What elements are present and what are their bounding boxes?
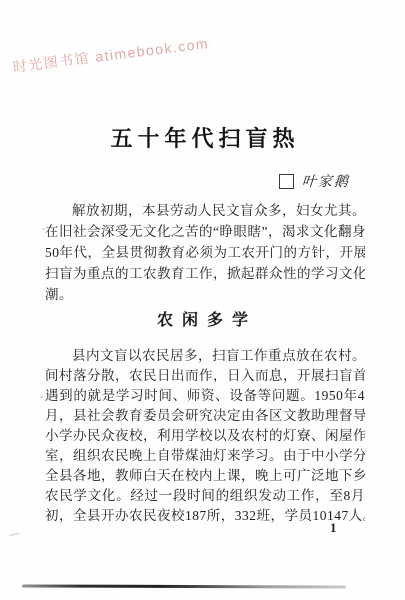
text-line: 解放初期，本县劳动人民文盲众多，妇女尤其。这些 <box>45 200 365 221</box>
text-line: 扫盲为重点的工农教育工作，掀起群众性的学习文化热 <box>45 263 365 284</box>
paragraph-2: 县内文盲以农民居多，扫盲工作重点放在农村。但乡间村落分散，农民日出而作，日入而息… <box>45 346 365 526</box>
text-line: 50年代，全县贯彻教育必须为工农开门的方针，开展以 <box>45 242 365 263</box>
article-title: 五十年代扫盲热 <box>0 122 405 153</box>
author-name: 叶家鹅 <box>301 171 350 191</box>
text-line: 农民学文化。经过一段时间的组织发动工作，至8月 <box>45 486 365 506</box>
scan-speck <box>40 396 43 398</box>
text-line: 初，全县开办农民夜校187所，332班，学员10147人。 <box>45 506 365 526</box>
byline: 叶家鹅 <box>279 171 350 191</box>
page-number: 1 <box>330 520 337 536</box>
text-line: 间村落分散，农民日出而作，日入而息，开展扫盲首先 <box>45 366 365 386</box>
section-heading: 农闲多学 <box>0 307 405 330</box>
text-line: 潮。 <box>45 284 365 305</box>
text-line: 县内文盲以农民居多，扫盲工作重点放在农村。但乡 <box>45 346 365 366</box>
watermark-text: 时光图书馆 atimebook.com <box>12 33 210 77</box>
paragraph-1: 解放初期，本县劳动人民文盲众多，妇女尤其。这些在旧社会深受无文化之苦的“睁眼瞎”… <box>45 200 365 305</box>
text-line: 室，组织农民晚上自带煤油灯来学习。由于中小学分布 <box>45 446 365 466</box>
text-line: 全县各地，教师白天在校内上课，晚上可广泛地下乡教 <box>45 466 365 486</box>
scan-speck <box>8 528 19 536</box>
author-box-icon <box>279 174 294 189</box>
scanned-page: 时光图书馆 atimebook.com 五十年代扫盲热 叶家鹅 解放初期，本县劳… <box>0 0 405 600</box>
text-line: 在旧社会深受无文化之苦的“睁眼瞎”，渴求文化翻身。 <box>45 221 365 242</box>
text-line: 小学办民众夜校，利用学校以及农村的灯寮、闲屋作教 <box>45 426 365 446</box>
text-line: 月，县社会教育委员会研究决定由各区文教助理督导中 <box>45 406 365 426</box>
scan-speck <box>42 228 45 230</box>
text-line: 遇到的就是学习时间、师资、设备等问题。1950年4 <box>45 386 365 406</box>
scan-edge-line <box>22 584 346 588</box>
